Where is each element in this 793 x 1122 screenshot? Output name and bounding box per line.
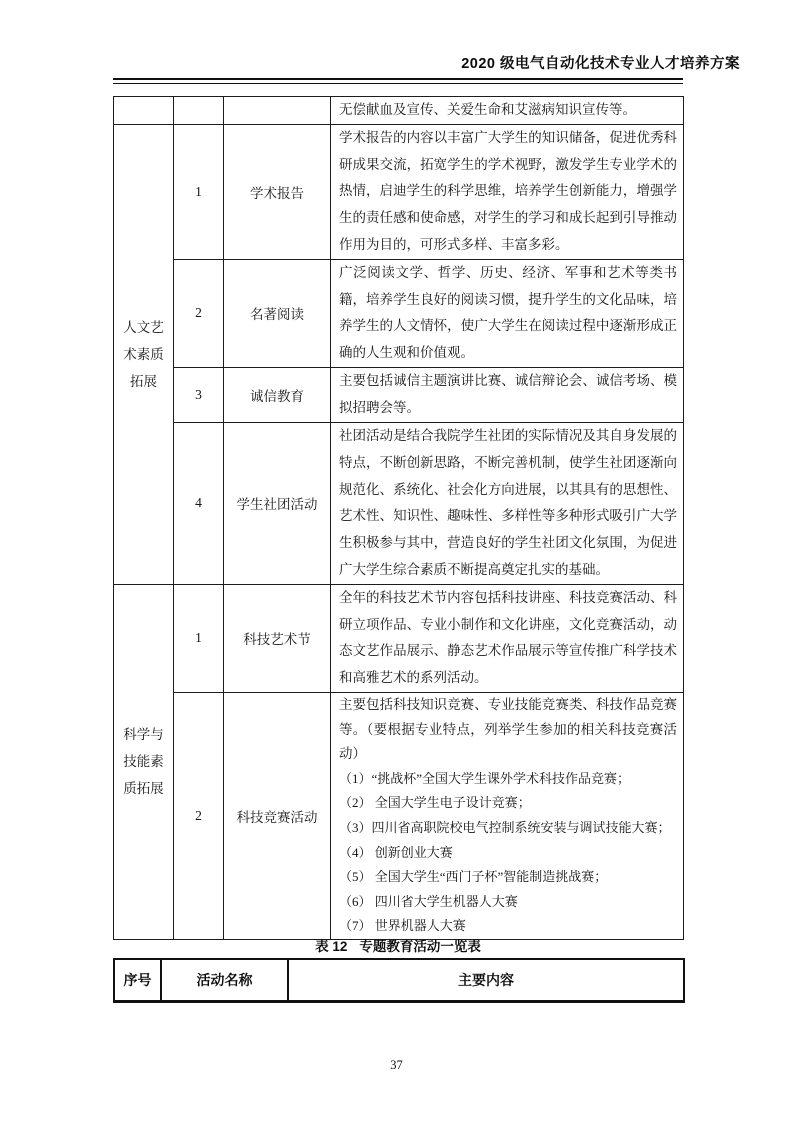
category-cell-humanities: 人文艺术素质拓展 (114, 124, 174, 584)
competition-list-item: （5） 全国大学生“西门子杯”智能制造挑战赛； (339, 865, 677, 890)
activity-content-cell: 主要包括科技知识竞赛、专业技能竞赛类、科技作品竞赛等。（要根据专业特点，列举学生… (331, 692, 684, 939)
activity-name-cell: 科技艺术节 (224, 584, 331, 692)
number-cell: 1 (174, 124, 224, 259)
activity-content-cell: 广泛阅读文学、哲学、历史、经济、军事和艺术等类书籍，培养学生良好的阅读习惯，提升… (331, 259, 684, 367)
category-cell-empty (114, 97, 174, 125)
activity-name-cell-empty (224, 97, 331, 125)
table-row: 4 学生社团活动 社团活动是结合我院学生社团的实际情况及其自身发展的特点，不断创… (114, 422, 684, 584)
activity-content-cell: 主要包括诚信主题演讲比赛、诚信辩论会、诚信考场、模拟招聘会等。 (331, 367, 684, 422)
header-double-rule (113, 78, 683, 84)
special-education-table-header: 序号 活动名称 主要内容 (113, 958, 685, 1003)
table-row: 人文艺术素质拓展 1 学术报告 学术报告的内容以丰富广大学生的知识储备，促进优秀… (114, 124, 684, 259)
content-text: 广泛阅读文学、哲学、历史、经济、军事和艺术等类书籍，培养学生良好的阅读习惯，提升… (339, 260, 677, 367)
header-cell-no: 序号 (114, 959, 161, 1002)
page-number: 37 (0, 1058, 793, 1073)
table-row: 3 诚信教育 主要包括诚信主题演讲比赛、诚信辩论会、诚信考场、模拟招聘会等。 (114, 367, 684, 422)
content-text: 社团活动是结合我院学生社团的实际情况及其自身发展的特点，不断创新思路，不断完善机… (339, 423, 677, 584)
page-header-title: 2020 级电气自动化技术专业人才培养方案 (113, 52, 740, 73)
activity-name-cell: 学生社团活动 (224, 422, 331, 584)
number-cell: 1 (174, 584, 224, 692)
activity-name-cell: 学术报告 (224, 124, 331, 259)
content-text: 学术报告的内容以丰富广大学生的知识储备，促进优秀科研成果交流，拓宽学生的学术视野… (339, 125, 677, 259)
number-cell-empty (174, 97, 224, 125)
content-text: 无偿献血及宣传、关爱生命和艾滋病知识宣传等。 (339, 97, 677, 124)
table-row: 无偿献血及宣传、关爱生命和艾滋病知识宣传等。 (114, 97, 684, 125)
table-row: 2 科技竞赛活动 主要包括科技知识竞赛、专业技能竞赛类、科技作品竞赛等。（要根据… (114, 692, 684, 939)
extension-activities-table: 无偿献血及宣传、关爱生命和艾滋病知识宣传等。 人文艺术素质拓展 1 学术报告 学… (113, 96, 684, 940)
table-row: 科学与技能素质拓展 1 科技艺术节 全年的科技艺术节内容包括科技讲座、科技竞赛活… (114, 584, 684, 692)
number-cell: 4 (174, 422, 224, 584)
header-cell-main-content: 主要内容 (288, 959, 684, 1002)
category-cell-science-skills: 科学与技能素质拓展 (114, 584, 174, 939)
activity-content-cell: 社团活动是结合我院学生社团的实际情况及其自身发展的特点，不断创新思路，不断完善机… (331, 422, 684, 584)
content-text: 主要包括科技知识竞赛、专业技能竞赛类、科技作品竞赛等。（要根据专业特点，列举学生… (339, 693, 677, 767)
document-page: 2020 级电气自动化技术专业人才培养方案 无偿献血及宣传、关爱生命和艾滋病知识… (0, 0, 793, 1122)
number-cell: 2 (174, 259, 224, 367)
table-caption-label: 表 12 (315, 939, 347, 954)
activity-content-cell: 学术报告的内容以丰富广大学生的知识储备，促进优秀科研成果交流，拓宽学生的学术视野… (331, 124, 684, 259)
competition-list-item: （3）四川省高职院校电气控制系统安装与调试技能大赛； (339, 816, 677, 841)
activity-content-cell: 无偿献血及宣传、关爱生命和艾滋病知识宣传等。 (331, 97, 684, 125)
activity-name-cell: 名著阅读 (224, 259, 331, 367)
table-caption-title: 专题教育活动一览表 (359, 939, 481, 954)
competition-list-item: （4） 创新创业大赛 (339, 841, 677, 866)
table-caption: 表 12专题教育活动一览表 (113, 935, 683, 955)
competition-list-item: （2） 全国大学生电子设计竞赛； (339, 791, 677, 816)
header-cell-activity-name: 活动名称 (161, 959, 288, 1002)
content-text: 主要包括诚信主题演讲比赛、诚信辩论会、诚信考场、模拟招聘会等。 (339, 368, 677, 422)
table-row: 2 名著阅读 广泛阅读文学、哲学、历史、经济、军事和艺术等类书籍，培养学生良好的… (114, 259, 684, 367)
number-cell: 2 (174, 692, 224, 939)
activity-name-cell: 科技竞赛活动 (224, 692, 331, 939)
activity-name-cell: 诚信教育 (224, 367, 331, 422)
number-cell: 3 (174, 367, 224, 422)
competition-list-item: （6） 四川省大学生机器人大赛 (339, 890, 677, 915)
activity-content-cell: 全年的科技艺术节内容包括科技讲座、科技竞赛活动、科研立项作品、专业小制作和文化讲… (331, 584, 684, 692)
table-header-row: 序号 活动名称 主要内容 (114, 959, 684, 1002)
content-text: 全年的科技艺术节内容包括科技讲座、科技竞赛活动、科研立项作品、专业小制作和文化讲… (339, 585, 677, 692)
competition-list-item: （1）“挑战杯”全国大学生课外学术科技作品竞赛； (339, 767, 677, 792)
